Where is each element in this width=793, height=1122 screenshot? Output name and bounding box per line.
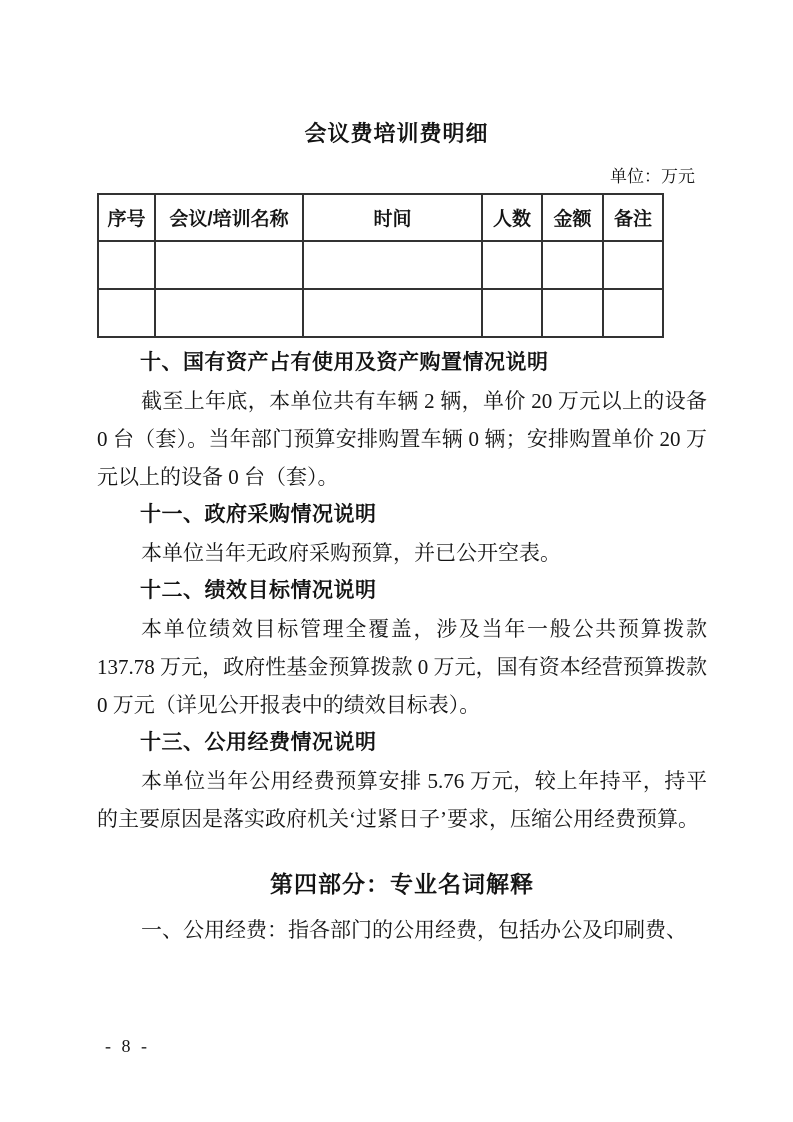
table-cell	[98, 241, 155, 289]
table-cell	[603, 289, 663, 337]
table-cell	[482, 241, 542, 289]
table-row	[98, 289, 663, 337]
section-paragraph: 本单位当年无政府采购预算，并已公开空表。	[97, 534, 707, 572]
section-paragraph: 本单位绩效目标管理全覆盖，涉及当年一般公共预算拨款 137.78 万元，政府性基…	[97, 610, 707, 724]
table-header-row: 序号 会议/培训名称 时间 人数 金额 备注	[98, 194, 663, 241]
part4-heading: 第四部分：专业名词解释	[97, 866, 707, 904]
section-paragraph: 本单位当年公用经费预算安排 5.76 万元，较上年持平，持平的主要原因是落实政府…	[97, 762, 707, 838]
table-cell	[155, 289, 303, 337]
col-header-index: 序号	[98, 194, 155, 241]
col-header-meeting-name: 会议/培训名称	[155, 194, 303, 241]
unit-label: 单位：万元	[97, 166, 705, 188]
table-cell	[603, 241, 663, 289]
section-heading-government-procurement: 十一、政府采购情况说明	[97, 496, 707, 534]
table-row	[98, 241, 663, 289]
col-header-amount: 金额	[542, 194, 603, 241]
table-cell	[98, 289, 155, 337]
table-cell	[542, 241, 603, 289]
table-cell	[542, 289, 603, 337]
section-heading-state-assets: 十、国有资产占有使用及资产购置情况说明	[97, 344, 707, 382]
meeting-training-fee-table: 序号 会议/培训名称 时间 人数 金额 备注	[97, 193, 664, 338]
table-cell	[155, 241, 303, 289]
page-number: - 8 -	[105, 1036, 150, 1057]
section-paragraph: 截至上年底，本单位共有车辆 2 辆，单价 20 万元以上的设备 0 台（套）。当…	[97, 382, 707, 496]
table-cell	[303, 241, 482, 289]
document-body: 十、国有资产占有使用及资产购置情况说明 截至上年底，本单位共有车辆 2 辆，单价…	[97, 344, 707, 949]
col-header-remarks: 备注	[603, 194, 663, 241]
part4-paragraph: 一、公用经费：指各部门的公用经费，包括办公及印刷费、	[97, 911, 707, 949]
table-cell	[482, 289, 542, 337]
col-header-time: 时间	[303, 194, 482, 241]
section-heading-performance-targets: 十二、绩效目标情况说明	[97, 572, 707, 610]
document-page: 会议费培训费明细 单位：万元 序号 会议/培训名称 时间 人数 金额 备注	[0, 0, 793, 1122]
page-title: 会议费培训费明细	[0, 119, 793, 149]
table-cell	[303, 289, 482, 337]
section-heading-public-expenses: 十三、公用经费情况说明	[97, 724, 707, 762]
col-header-people-count: 人数	[482, 194, 542, 241]
